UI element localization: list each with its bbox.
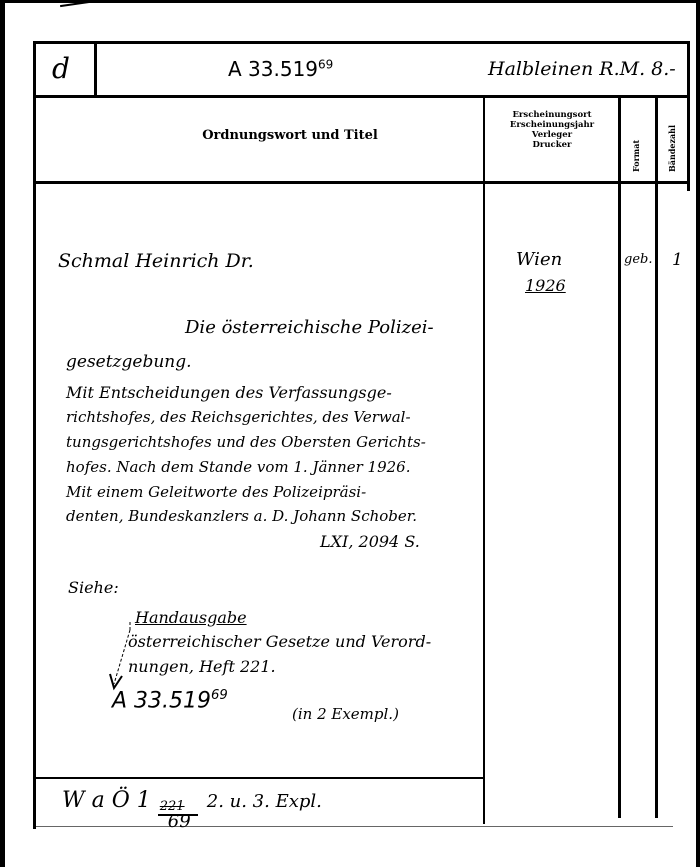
pagination: LXI, 2094 S.	[320, 532, 420, 551]
publication-place: Wien	[516, 249, 562, 270]
card-border-right	[687, 41, 690, 191]
title-line-3: Mit Entscheidungen des Verfassungsge-	[66, 383, 392, 402]
title-line-1: Die österreichische Polizei-	[185, 317, 434, 338]
see-also-shelfmark-number: A 33.519	[112, 688, 211, 713]
volumes-column-header: Bändezahl	[667, 102, 677, 172]
see-also-label: Siehe:	[68, 578, 119, 597]
card-border-left	[33, 41, 36, 829]
see-also-shelfmark: A 33.51969	[112, 688, 228, 713]
format-column-header: Format	[631, 120, 641, 172]
card-border-top	[33, 41, 690, 44]
header-place: Erscheinungsort	[486, 110, 618, 120]
title-line-7: Mit einem Geleitworte des Polizeipräsi-	[66, 483, 366, 501]
format-value: geb.	[624, 252, 652, 267]
scan-edge-left	[0, 0, 5, 867]
series-line-2: österreichischer Gesetze und Verord-	[128, 632, 431, 651]
see-also-shelfmark-superscript: 69	[211, 688, 228, 703]
volumes-value: 1	[672, 250, 683, 270]
title-line-6: hofes. Nach dem Stande vom 1. Jänner 192…	[66, 458, 411, 476]
card-border-bottom	[33, 826, 673, 827]
shelfmark: A 33.51969	[228, 57, 333, 81]
title-line-2: gesetzgebung.	[66, 352, 192, 372]
copies-note: (in 2 Exempl.)	[292, 705, 399, 723]
footer-copies: 2. u. 3. Expl.	[207, 791, 322, 812]
column-divider-volumes	[655, 96, 658, 818]
shelfmark-number: A 33.519	[228, 57, 318, 81]
title-line-4: richtshofes, des Reichsgerichtes, des Ve…	[66, 408, 411, 426]
author-heading: Schmal Heinrich Dr.	[58, 250, 254, 272]
series-line-3: nungen, Heft 221.	[128, 657, 276, 676]
header-year: Erscheinungsjahr	[486, 120, 618, 130]
footer-top-line	[36, 777, 485, 779]
title-column-header: Ordnungswort und Titel	[97, 128, 483, 143]
footer-denominator: 69	[168, 811, 191, 832]
header-bottom-line	[33, 181, 690, 184]
series-line-1: Handausgabe	[135, 608, 247, 627]
publication-year: 1926	[525, 276, 566, 295]
column-divider-format	[618, 96, 621, 818]
corner-mark: d	[52, 52, 70, 85]
scan-edge-top	[0, 0, 700, 3]
header-publisher: Verleger	[486, 130, 618, 140]
publication-column-header: Erscheinungsort Erscheinungsjahr Verlege…	[486, 110, 618, 150]
footer-prefix: W a Ö 1	[62, 788, 151, 813]
header-printer: Drucker	[486, 140, 618, 150]
column-divider-publication	[483, 96, 485, 824]
title-line-5: tungsgerichtshofes und des Obersten Geri…	[66, 433, 426, 451]
header-top-line	[33, 95, 690, 98]
reference-arrow-icon	[108, 620, 138, 692]
scan-edge-right	[696, 0, 700, 867]
shelfmark-superscript: 69	[318, 57, 333, 71]
corner-box-divider	[94, 41, 97, 97]
title-line-8: denten, Bundeskanzlers a. D. Johann Scho…	[66, 507, 417, 525]
price-note: Halbleinen R.M. 8.-	[488, 58, 676, 80]
footer-note: W a Ö 1 221 69 2. u. 3. Expl.	[62, 788, 322, 813]
